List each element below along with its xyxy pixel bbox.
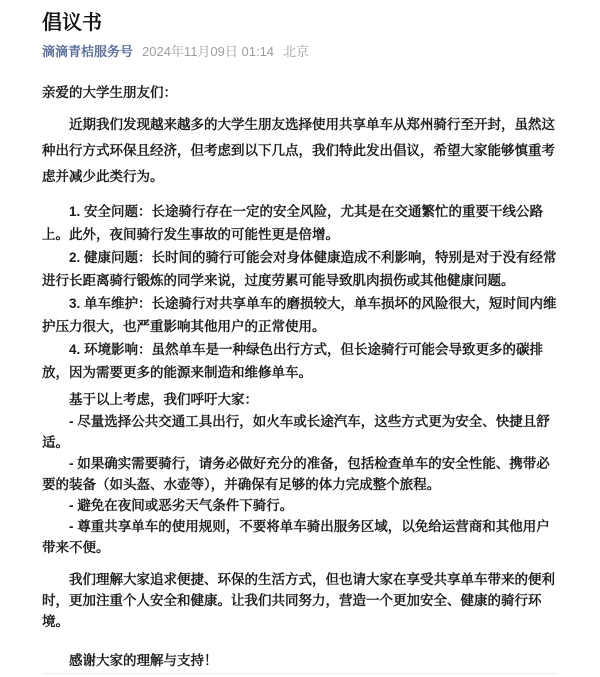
bullet-avoid-night: - 避免在夜间或恶劣天气条件下骑行。 xyxy=(42,495,558,516)
intro-paragraph: 近期我们发现越来越多的大学生朋友选择使用共享单车从郑州骑行至开封，虽然这 种出行… xyxy=(42,112,558,190)
bullet-public-transport: - 尽量选择公共交通工具出行，如火车或长途汽车，这些方式更为安全、快捷且舒 适。 xyxy=(42,411,558,453)
bottom-divider xyxy=(42,673,558,674)
numbered-item-safety: 1. 安全问题：长途骑行存在一定的安全风险，尤其是在交通繁忙的重要干线公路 上。… xyxy=(42,200,558,246)
closing-paragraph: 我们理解大家追求便捷、环保的生活方式，但也请大家在享受共享单车带来的便利 时，更… xyxy=(42,569,558,632)
article-title: 倡议书 xyxy=(42,10,558,36)
account-name-link[interactable]: 滴滴青桔服务号 xyxy=(42,43,133,61)
bullet-respect-rules: - 尊重共享单车的使用规则，不要将单车骑出服务区域，以免给运营商和其他用户 带来… xyxy=(42,516,558,558)
publish-location: 北京 xyxy=(283,43,309,61)
greeting-line: 亲爱的大学生朋友们： xyxy=(42,82,558,104)
bullet-preparation: - 如果确实需要骑行，请务必做好充分的准备，包括检查单车的安全性能、携带必 要的… xyxy=(42,453,558,495)
thanks-line: 感谢大家的理解与支持！ xyxy=(42,650,558,671)
numbered-item-environment: 4. 环境影响：虽然单车是一种绿色出行方式，但长途骑行可能会导致更多的碳排 放，… xyxy=(42,338,558,384)
numbered-item-health: 2. 健康问题：长时间的骑行可能会对身体健康造成不利影响，特别是对于没有经常 进… xyxy=(42,246,558,292)
numbered-list: 1. 安全问题：长途骑行存在一定的安全风险，尤其是在交通繁忙的重要干线公路 上。… xyxy=(42,200,558,384)
call-to-action-line: 基于以上考虑，我们呼吁大家： xyxy=(42,388,558,411)
bullet-list: - 尽量选择公共交通工具出行，如火车或长途汽车，这些方式更为安全、快捷且舒 适。… xyxy=(42,411,558,558)
article-meta: 滴滴青桔服务号 2024年11月09日 01:14 北京 xyxy=(42,43,558,61)
article-page: 倡议书 滴滴青桔服务号 2024年11月09日 01:14 北京 亲爱的大学生朋… xyxy=(0,0,600,677)
numbered-item-maintenance: 3. 单车维护：长途骑行对共享单车的磨损较大，单车损坏的风险很大，短时间内维 护… xyxy=(42,292,558,338)
publish-datetime: 2024年11月09日 01:14 xyxy=(142,43,274,61)
